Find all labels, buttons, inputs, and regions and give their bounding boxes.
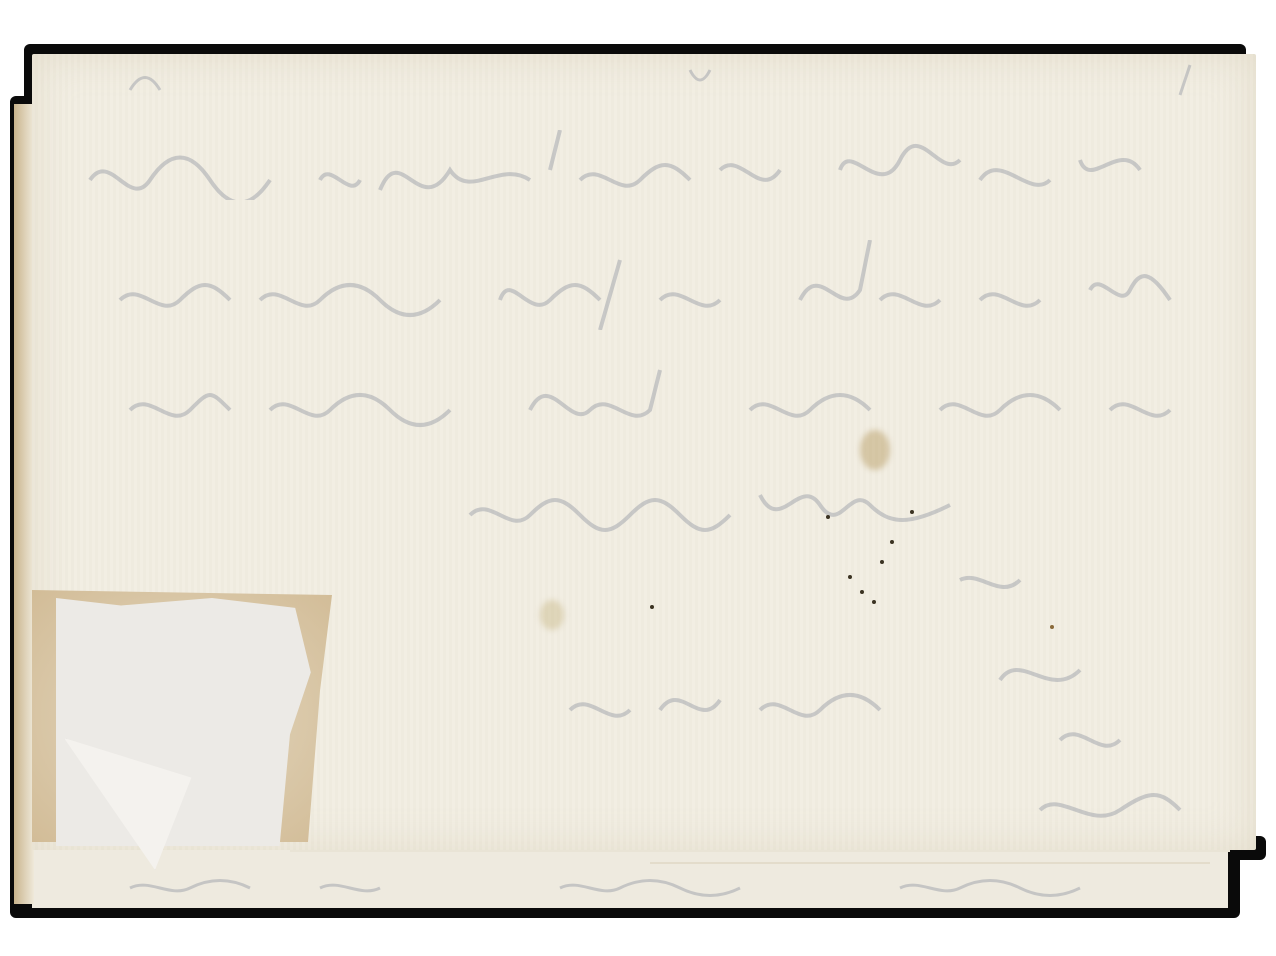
brown-stain [540,600,564,630]
bleed-through-script [110,360,1220,440]
paper-edge-left [14,104,34,904]
bleed-through-script [110,60,1210,98]
bleed-through-script [80,130,1200,200]
ink-speck [872,600,876,604]
ink-speck [848,575,852,579]
bleed-through-script [100,240,1210,330]
bleed-through-script [460,485,980,535]
fold-crease [650,862,1210,864]
ink-speck [1050,625,1054,629]
ink-speck [650,605,654,609]
ink-speck [880,560,884,564]
bleed-through-script [940,560,1240,840]
brown-stain [860,430,890,470]
ink-speck [826,515,830,519]
fold-crease [290,850,1230,852]
bleed-through-script [560,670,940,730]
paper-seal-patch [56,598,316,846]
ink-speck [860,590,864,594]
ink-speck [910,510,914,514]
ink-speck [890,540,894,544]
bleed-through-script [120,868,1200,902]
